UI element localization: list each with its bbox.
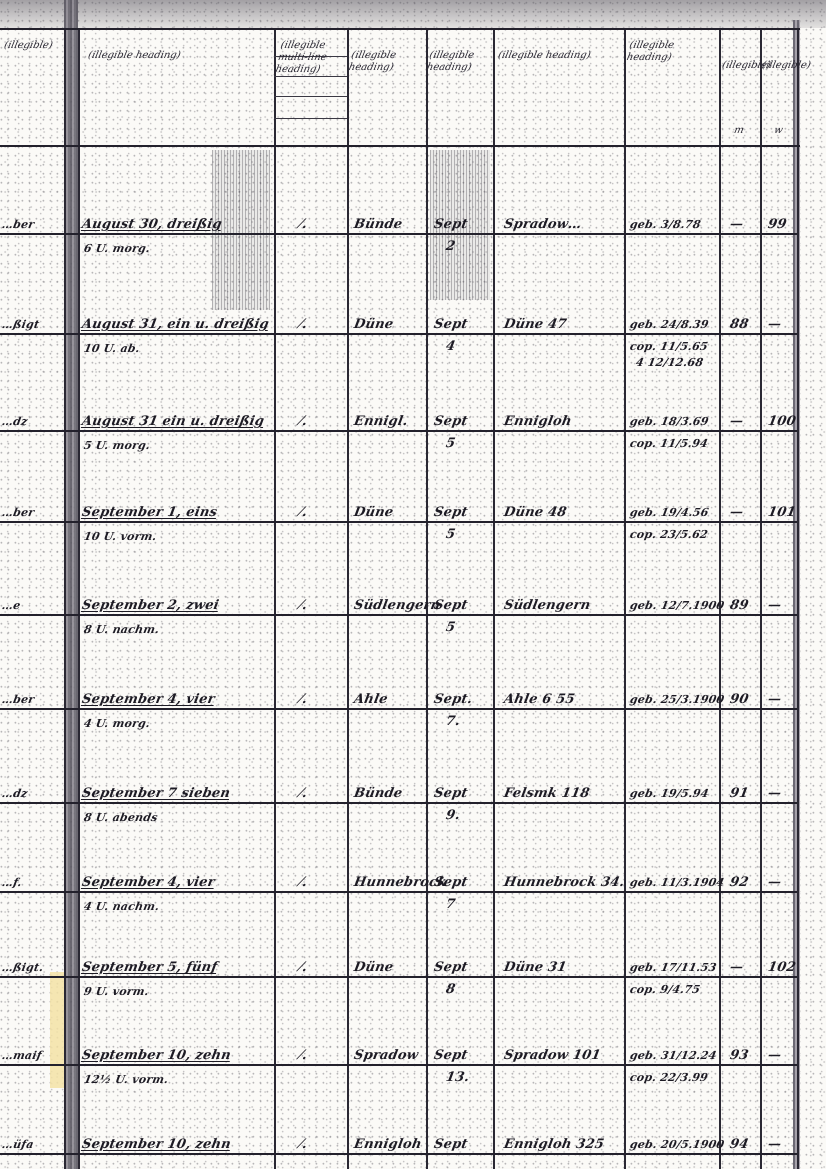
birth-date: geb. 31/12.24 xyxy=(629,1048,718,1063)
month-abbrev: Sept xyxy=(433,786,469,801)
margin-note: …dz xyxy=(1,414,29,429)
mark-value: ⁄. xyxy=(299,217,309,232)
place-name: Ennigl. xyxy=(353,414,409,429)
marriage-date: cop. 23/5.62 xyxy=(629,527,710,542)
time-text: 10 U. ab. xyxy=(83,341,141,356)
entry-number-m: — xyxy=(729,505,745,520)
address-text: Hunnebrock 34. xyxy=(503,875,626,890)
mark-value: ⁄. xyxy=(299,505,309,520)
birth-date: geb. 18/3.69 xyxy=(629,414,710,429)
header-col-margin: (illegible) xyxy=(3,40,64,52)
birth-date: geb. 19/4.56 xyxy=(629,505,710,520)
entry-number-w: 101 xyxy=(767,505,797,520)
date-text: September 10, zehn xyxy=(81,1048,232,1063)
birth-date: geb. 12/7.1900 xyxy=(629,598,726,613)
place-name: Düne xyxy=(353,505,395,520)
month-abbrev: Sept xyxy=(433,317,469,332)
marriage-date: cop. 22/3.99 xyxy=(629,1070,710,1085)
time-text: 4 U. nachm. xyxy=(83,899,161,914)
time-text: 6 U. morg. xyxy=(83,241,152,256)
column-rule xyxy=(64,28,66,1169)
entry-number-w: — xyxy=(767,692,783,707)
entry-number-w: — xyxy=(767,317,783,332)
address-text: Spradow… xyxy=(503,217,583,232)
address-text: Felsmk 118 xyxy=(503,786,591,801)
address-text: Ennigloh 325 xyxy=(503,1137,606,1152)
header-col-address: (illegible heading) xyxy=(497,50,622,62)
birth-date: geb. 3/8.78 xyxy=(629,217,702,232)
month-abbrev: Sept xyxy=(433,875,469,890)
mark-value: ⁄. xyxy=(299,317,309,332)
extra-date: 4 12/12.68 xyxy=(635,355,705,370)
birth-date: geb. 11/3.1904 xyxy=(629,875,726,890)
row-rule xyxy=(0,1064,797,1066)
date-text: August 30, dreißig xyxy=(81,217,223,232)
month-abbrev: Sept xyxy=(433,217,469,232)
entry-number-w: 100 xyxy=(767,414,797,429)
mark-value: ⁄. xyxy=(299,414,309,429)
header-col-place: (illegible heading) xyxy=(347,50,424,74)
entry-number-m: 92 xyxy=(729,875,750,890)
header-rule xyxy=(0,28,800,30)
birth-date: geb. 19/5.94 xyxy=(629,786,710,801)
margin-note: …ßigt. xyxy=(1,960,45,975)
day-number: 13. xyxy=(445,1070,471,1085)
month-abbrev: Sept xyxy=(433,1048,469,1063)
header-col-date: (illegible heading) xyxy=(87,50,270,62)
marriage-date: cop. 11/5.65 xyxy=(629,339,710,354)
column-rule xyxy=(760,28,762,1169)
entry-number-m: 88 xyxy=(729,317,750,332)
day-number: 9. xyxy=(445,808,462,823)
row-rule xyxy=(0,891,797,893)
entry-number-m: 94 xyxy=(729,1137,750,1152)
row-rule xyxy=(0,976,797,978)
month-abbrev: Sept xyxy=(433,960,469,975)
entry-number-w: 99 xyxy=(767,217,788,232)
day-number: 5 xyxy=(445,620,457,635)
month-abbrev: Sept xyxy=(433,505,469,520)
place-name: Spradow xyxy=(353,1048,420,1063)
mark-value: ⁄. xyxy=(299,1137,309,1152)
date-text: September 5, fünf xyxy=(81,960,219,975)
place-name: Bünde xyxy=(353,217,404,232)
date-text: August 31 ein u. dreißig xyxy=(81,414,266,429)
binding-gutter xyxy=(64,0,78,1169)
place-name: Bünde xyxy=(353,786,404,801)
marriage-date: cop. 9/4.75 xyxy=(629,982,702,997)
day-number: 4 xyxy=(445,339,457,354)
entry-number-m: — xyxy=(729,217,745,232)
month-abbrev: Sept. xyxy=(433,692,474,707)
entry-number-w: — xyxy=(767,1137,783,1152)
header-col-mark: (illegible multi-line heading) xyxy=(274,40,348,76)
row-rule xyxy=(0,333,797,335)
entry-number-w: 102 xyxy=(767,960,797,975)
address-text: Ennigloh xyxy=(503,414,573,429)
entry-number-w: — xyxy=(767,598,783,613)
date-text: September 4, vier xyxy=(81,875,216,890)
mark-value: ⁄. xyxy=(299,875,309,890)
mark-value: ⁄. xyxy=(299,786,309,801)
entry-number-m: 91 xyxy=(729,786,750,801)
header-rule xyxy=(0,145,800,147)
place-name: Südlengern xyxy=(353,598,442,613)
row-rule xyxy=(0,233,797,235)
row-rule xyxy=(0,521,797,523)
date-text: September 1, eins xyxy=(81,505,219,520)
birth-date: geb. 17/11.53 xyxy=(629,960,718,975)
date-text: September 2, zwei xyxy=(81,598,220,613)
header-sub-rule xyxy=(274,76,347,77)
date-text: August 31, ein u. dreißig xyxy=(81,317,270,332)
address-text: Ahle 6 55 xyxy=(503,692,576,707)
date-text: September 10, zehn xyxy=(81,1137,232,1152)
row-rule xyxy=(0,614,797,616)
address-text: Südlengern xyxy=(503,598,592,613)
margin-note: …ßigt xyxy=(1,317,41,332)
entry-number-w: — xyxy=(767,1048,783,1063)
birth-date: geb. 20/5.1900 xyxy=(629,1137,726,1152)
place-name: Düne xyxy=(353,960,395,975)
address-text: Düne 48 xyxy=(503,505,568,520)
month-abbrev: Sept xyxy=(433,598,469,613)
margin-note: …ber xyxy=(1,217,36,232)
margin-note: …ber xyxy=(1,505,36,520)
place-name: Düne xyxy=(353,317,395,332)
margin-note: …dz xyxy=(1,786,29,801)
month-abbrev: Sept xyxy=(433,414,469,429)
birth-date: geb. 24/8.39 xyxy=(629,317,710,332)
time-text: 12½ U. vorm. xyxy=(83,1072,170,1087)
time-text: 8 U. nachm. xyxy=(83,622,161,637)
time-text: 10 U. vorm. xyxy=(83,529,158,544)
time-text: 8 U. abends xyxy=(83,810,159,825)
entry-number-m: 89 xyxy=(729,598,750,613)
month-abbrev: Sept xyxy=(433,1137,469,1152)
column-rule xyxy=(624,28,626,1169)
margin-note: …e xyxy=(1,598,22,613)
paper-tab xyxy=(50,972,64,1088)
entry-number-w: — xyxy=(767,875,783,890)
header-col-birth: (illegible heading) xyxy=(625,40,720,64)
mark-value: ⁄. xyxy=(299,598,309,613)
margin-note: …f. xyxy=(1,875,23,890)
place-name: Ennigloh xyxy=(353,1137,423,1152)
row-rule xyxy=(0,708,797,710)
column-rule xyxy=(797,28,799,1169)
entry-number-w: — xyxy=(767,786,783,801)
day-number: 7. xyxy=(445,714,462,729)
birth-date: geb. 25/3.1900 xyxy=(629,692,726,707)
entry-number-m: — xyxy=(729,960,745,975)
column-rule xyxy=(274,28,276,1169)
place-name: Ahle xyxy=(353,692,389,707)
header-col-num-a: (illegible) xyxy=(721,60,760,72)
address-text: Düne 31 xyxy=(503,960,568,975)
entry-number-m: — xyxy=(729,414,745,429)
day-number: 2 xyxy=(445,239,457,254)
header-sub-w: w xyxy=(773,125,784,137)
day-number: 5 xyxy=(445,436,457,451)
day-number: 7 xyxy=(445,897,457,912)
column-rule xyxy=(347,28,349,1169)
margin-note: …maif xyxy=(1,1048,43,1063)
margin-note: …üfa xyxy=(1,1137,35,1152)
mark-value: ⁄. xyxy=(299,960,309,975)
time-text: 5 U. morg. xyxy=(83,438,152,453)
day-number: 5 xyxy=(445,527,457,542)
address-text: Düne 47 xyxy=(503,317,568,332)
time-text: 4 U. morg. xyxy=(83,716,152,731)
header-col-month-day: (illegible heading) xyxy=(425,50,492,74)
entry-number-m: 90 xyxy=(729,692,750,707)
address-text: Spradow 101 xyxy=(503,1048,602,1063)
header-col-num-b: (illegible) xyxy=(761,60,796,72)
row-rule xyxy=(0,802,797,804)
column-rule xyxy=(493,28,495,1169)
time-text: 9 U. vorm. xyxy=(83,984,150,999)
date-text: September 7 sieben xyxy=(81,786,232,801)
day-number: 8 xyxy=(445,982,457,997)
column-rule xyxy=(78,28,80,1169)
row-rule xyxy=(0,1153,797,1155)
mark-value: ⁄. xyxy=(299,1048,309,1063)
header-sub-m: m xyxy=(733,125,745,137)
mark-value: ⁄. xyxy=(299,692,309,707)
header-sub-rule xyxy=(274,96,347,97)
margin-note: …ber xyxy=(1,692,36,707)
header-sub-rule xyxy=(274,118,347,119)
date-text: September 4, vier xyxy=(81,692,216,707)
row-rule xyxy=(0,430,797,432)
scan-top-shadow xyxy=(0,0,826,28)
entry-number-m: 93 xyxy=(729,1048,750,1063)
marriage-date: cop. 11/5.94 xyxy=(629,436,710,451)
